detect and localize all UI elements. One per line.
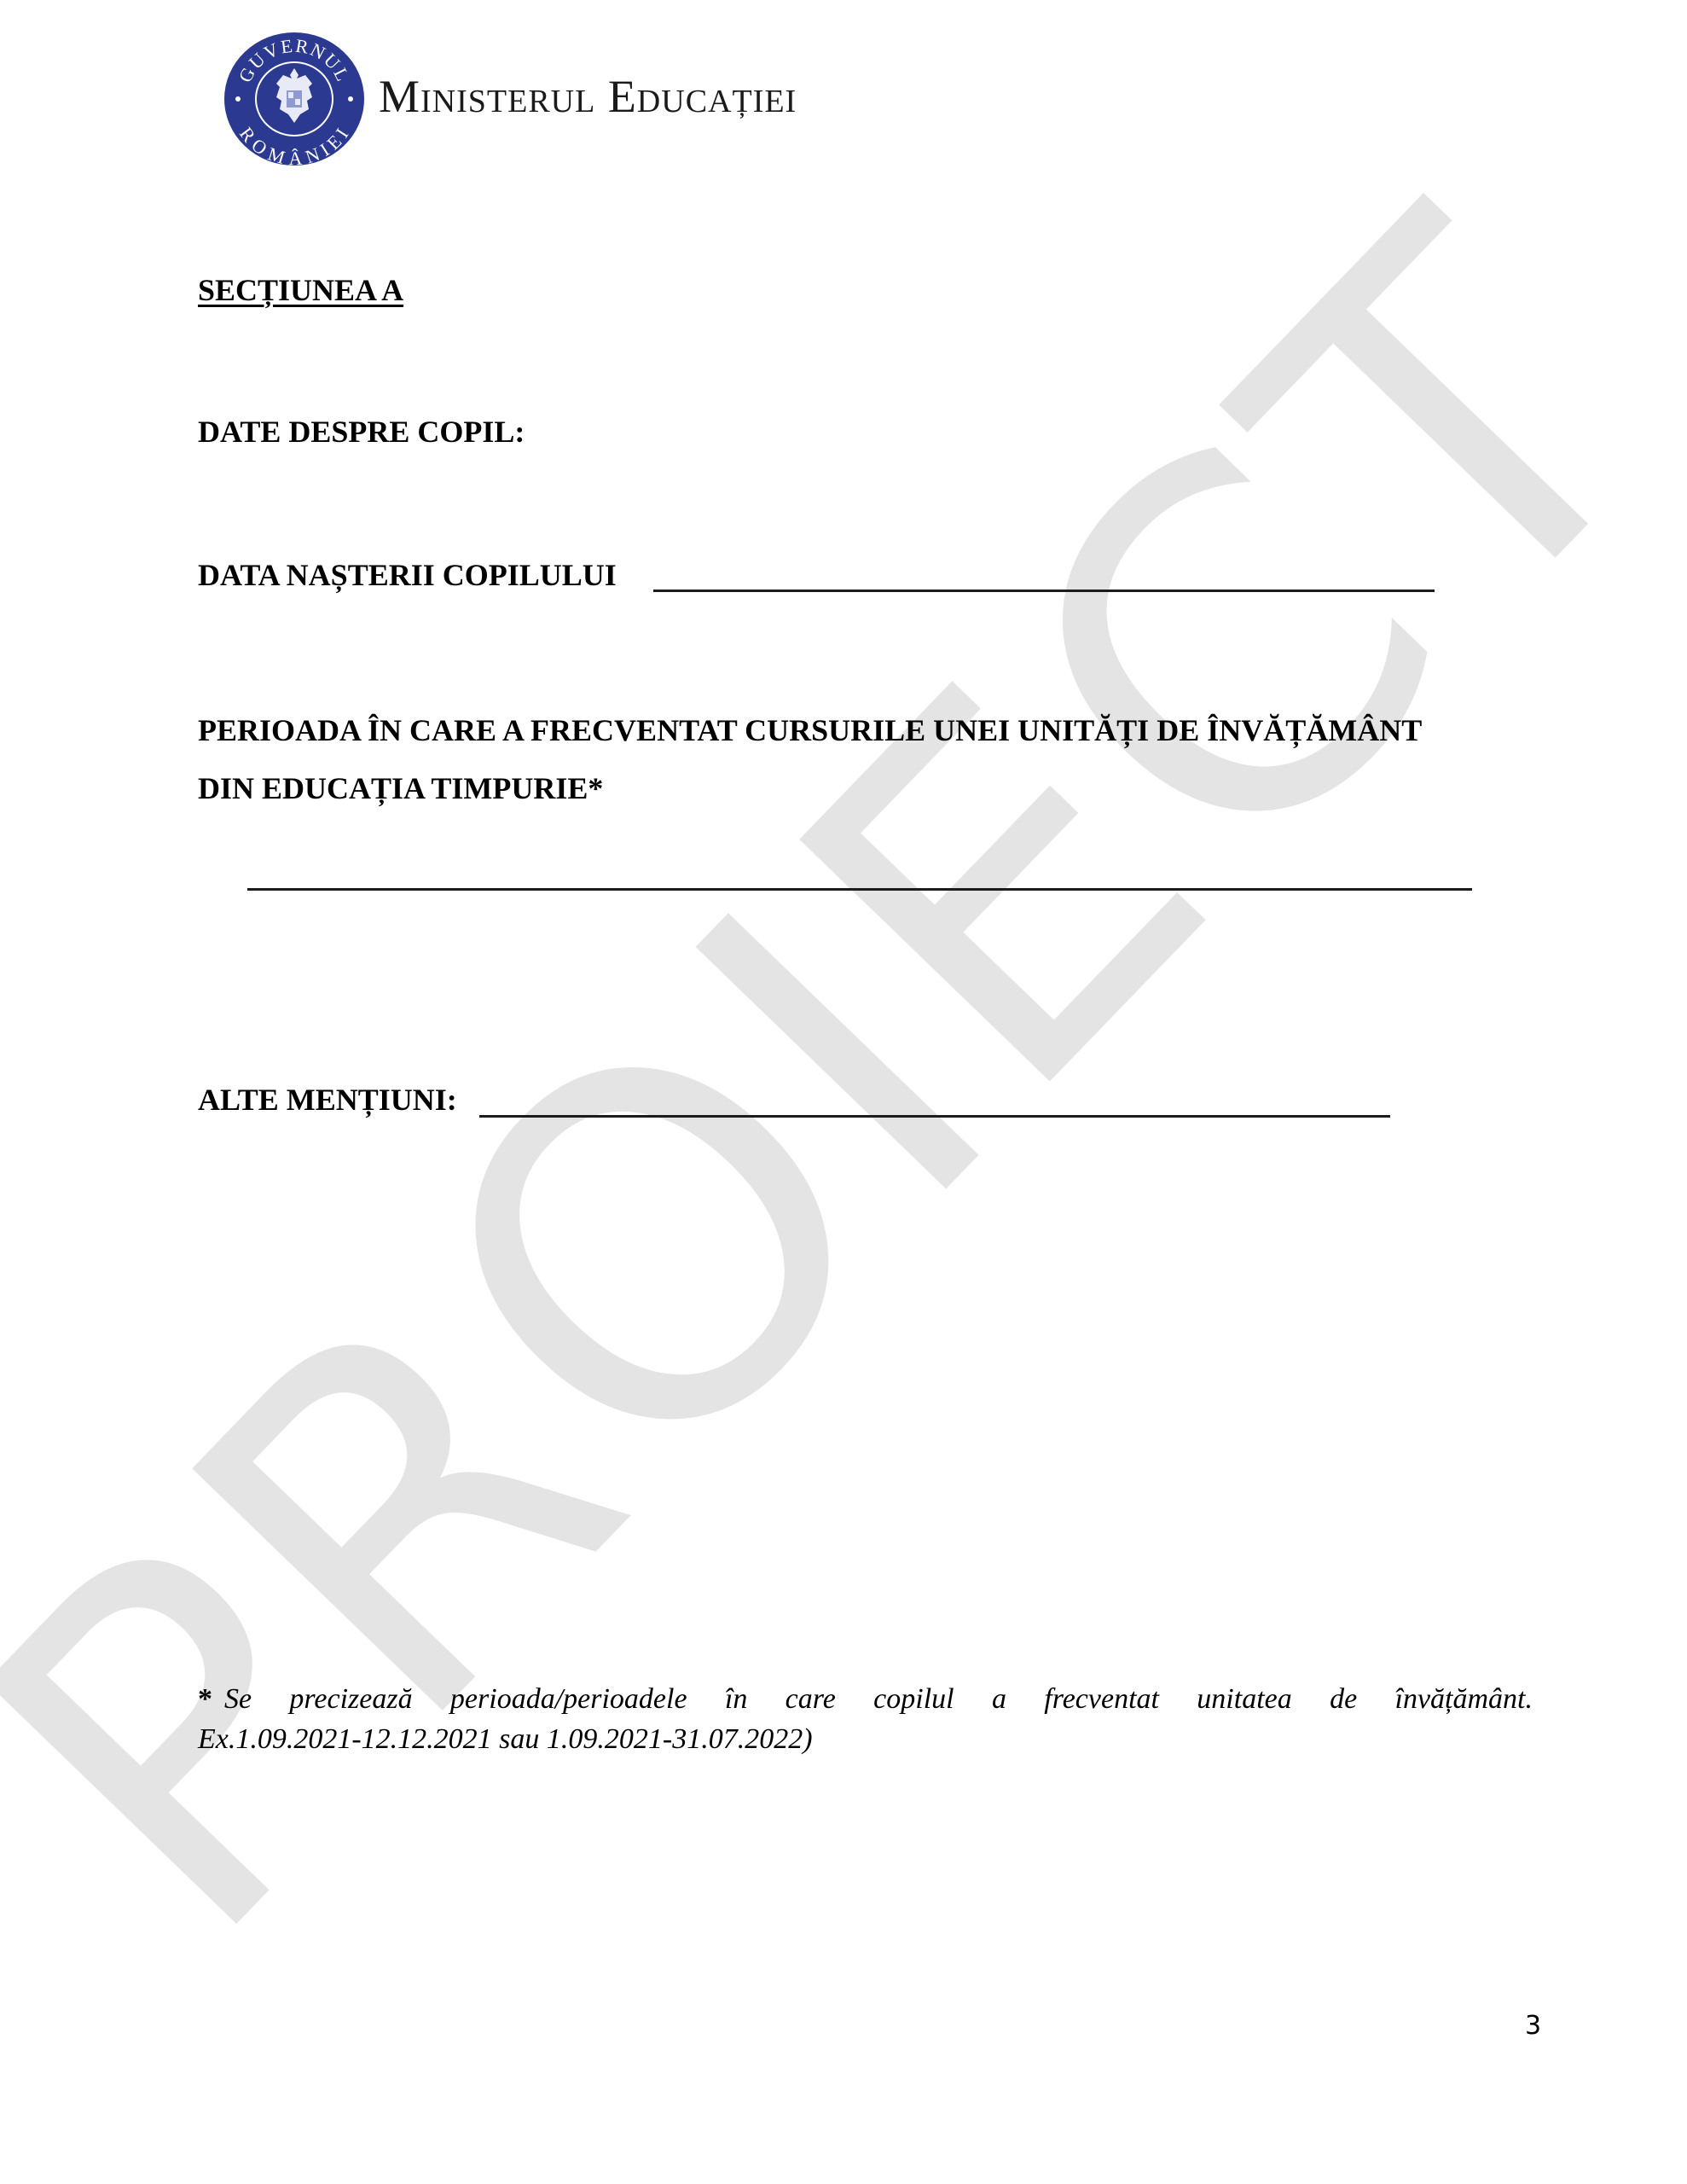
- footnote: *Se precizează perioada/perioadele în ca…: [198, 1679, 1533, 1759]
- attendance-period-field[interactable]: [247, 888, 1472, 891]
- footnote-text: Se precizează perioada/perioadele în car…: [224, 1683, 1533, 1715]
- attendance-period-label: PERIOADA ÎN CARE A FRECVENTAT CURSURILE …: [198, 715, 1422, 746]
- page-number: 3: [1525, 2013, 1541, 2039]
- section-title: SECȚIUNEA A: [198, 275, 403, 305]
- document-page: PROIECT GUVERNUL ROMÂNIEI Ministerul Edu…: [0, 0, 1687, 2184]
- birth-date-field[interactable]: [653, 590, 1435, 592]
- other-notes-label: ALTE MENȚIUNI:: [198, 1084, 457, 1115]
- government-seal-icon: GUVERNUL ROMÂNIEI: [223, 31, 365, 167]
- footnote-marker: *: [198, 1683, 212, 1715]
- birth-date-label: DATA NAȘTERII COPILULUI: [198, 560, 617, 590]
- other-notes-field[interactable]: [479, 1115, 1390, 1118]
- footnote-example: Ex.1.09.2021-12.12.2021 sau 1.09.2021-31…: [198, 1719, 1533, 1759]
- footnote-line-1: *Se precizează perioada/perioadele în ca…: [198, 1679, 1533, 1719]
- ministry-name: Ministerul Educației: [379, 73, 797, 119]
- attendance-period-label-continued: DIN EDUCAȚIA TIMPURIE*: [198, 773, 603, 804]
- child-data-heading: DATE DESPRE COPIL:: [198, 416, 525, 447]
